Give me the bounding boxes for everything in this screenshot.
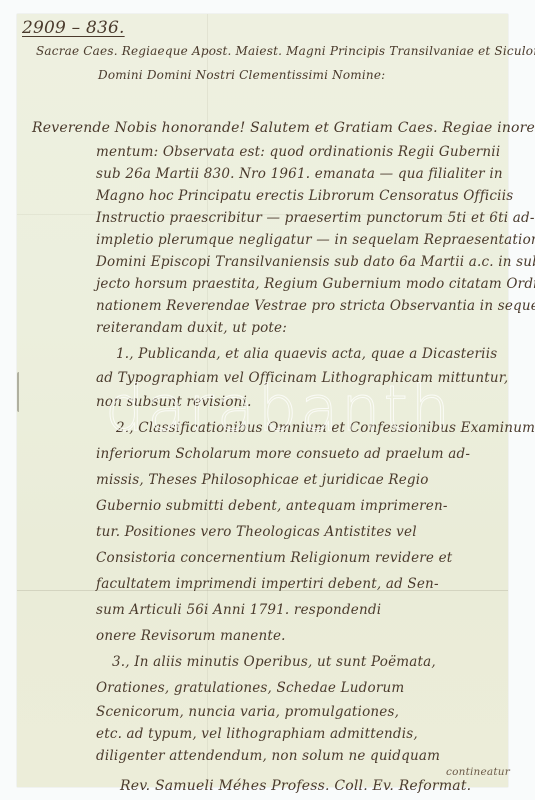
point-3-line: Orationes, gratulationes, Schedae Ludoru…	[96, 680, 404, 696]
body-line: Instructio praescribitur — praesertim pu…	[96, 210, 535, 226]
point-2-line: Consistoria concernentium Religionum rev…	[96, 550, 452, 566]
reference-number: 2909 – 836.	[22, 18, 125, 38]
body-line: nationem Reverendae Vestrae pro stricta …	[96, 298, 535, 314]
point-2-line: inferiorum Scholarum more consueto ad pr…	[96, 446, 470, 462]
body-line: sub 26a Martii 830. Nro 1961. emanata — …	[96, 166, 503, 182]
body-line: jecto horsum praestita, Regium Gubernium…	[96, 276, 535, 292]
point-2-line: sum Articuli 56i Anni 1791. respondendi	[96, 602, 381, 618]
point-2-line: Gubernio submitti debent, antequam impri…	[96, 498, 448, 514]
body-line: mentum: Observata est: quod ordinationis…	[96, 144, 500, 160]
body-line: impletio plerumque negligatur — in seque…	[96, 232, 535, 248]
point-2-line: tur. Positiones vero Theologicas Antisti…	[96, 524, 417, 540]
point-3-line: etc. ad typum, vel lithographiam admitte…	[96, 726, 418, 742]
addressee: Rev. Samueli Méhes Profess. Coll. Ev. Re…	[120, 778, 471, 794]
point-2-line: missis, Theses Philosophicae et juridica…	[96, 472, 429, 488]
body-line: Magno hoc Principatu erectis Librorum Ce…	[96, 188, 513, 204]
point-2-line: facultatem imprimendi impertiri debent, …	[96, 576, 439, 592]
point-3-line: 3., In aliis minutis Operibus, ut sunt P…	[112, 654, 436, 670]
catchword: contineatur	[446, 766, 510, 778]
salutation: Reverende Nobis honorande! Salutem et Gr…	[32, 120, 535, 136]
page-edge-mark	[17, 372, 22, 412]
point-3-line: Scenicorum, nuncia varia, promulgationes…	[96, 704, 399, 720]
point-2-line: 2., Classificationibus Omnium et Confess…	[116, 420, 535, 436]
point-1-line: 1., Publicanda, et alia quaevis acta, qu…	[116, 346, 497, 362]
heading-line-1: Sacrae Caes. Regiaeque Apost. Maiest. Ma…	[36, 44, 535, 58]
heading-line-2: Domini Domini Nostri Clementissimi Nomin…	[98, 68, 385, 82]
point-2-line: onere Revisorum manente.	[96, 628, 286, 644]
point-3-line: diligenter attendendum, non solum ne qui…	[96, 748, 440, 764]
point-1-line: non subsunt revisioni.	[96, 394, 252, 410]
body-line: reiterandam duxit, ut pote:	[96, 320, 287, 336]
point-1-line: ad Typographiam vel Officinam Lithograph…	[96, 370, 508, 386]
body-line: Domini Episcopi Transilvaniensis sub dat…	[96, 254, 535, 270]
